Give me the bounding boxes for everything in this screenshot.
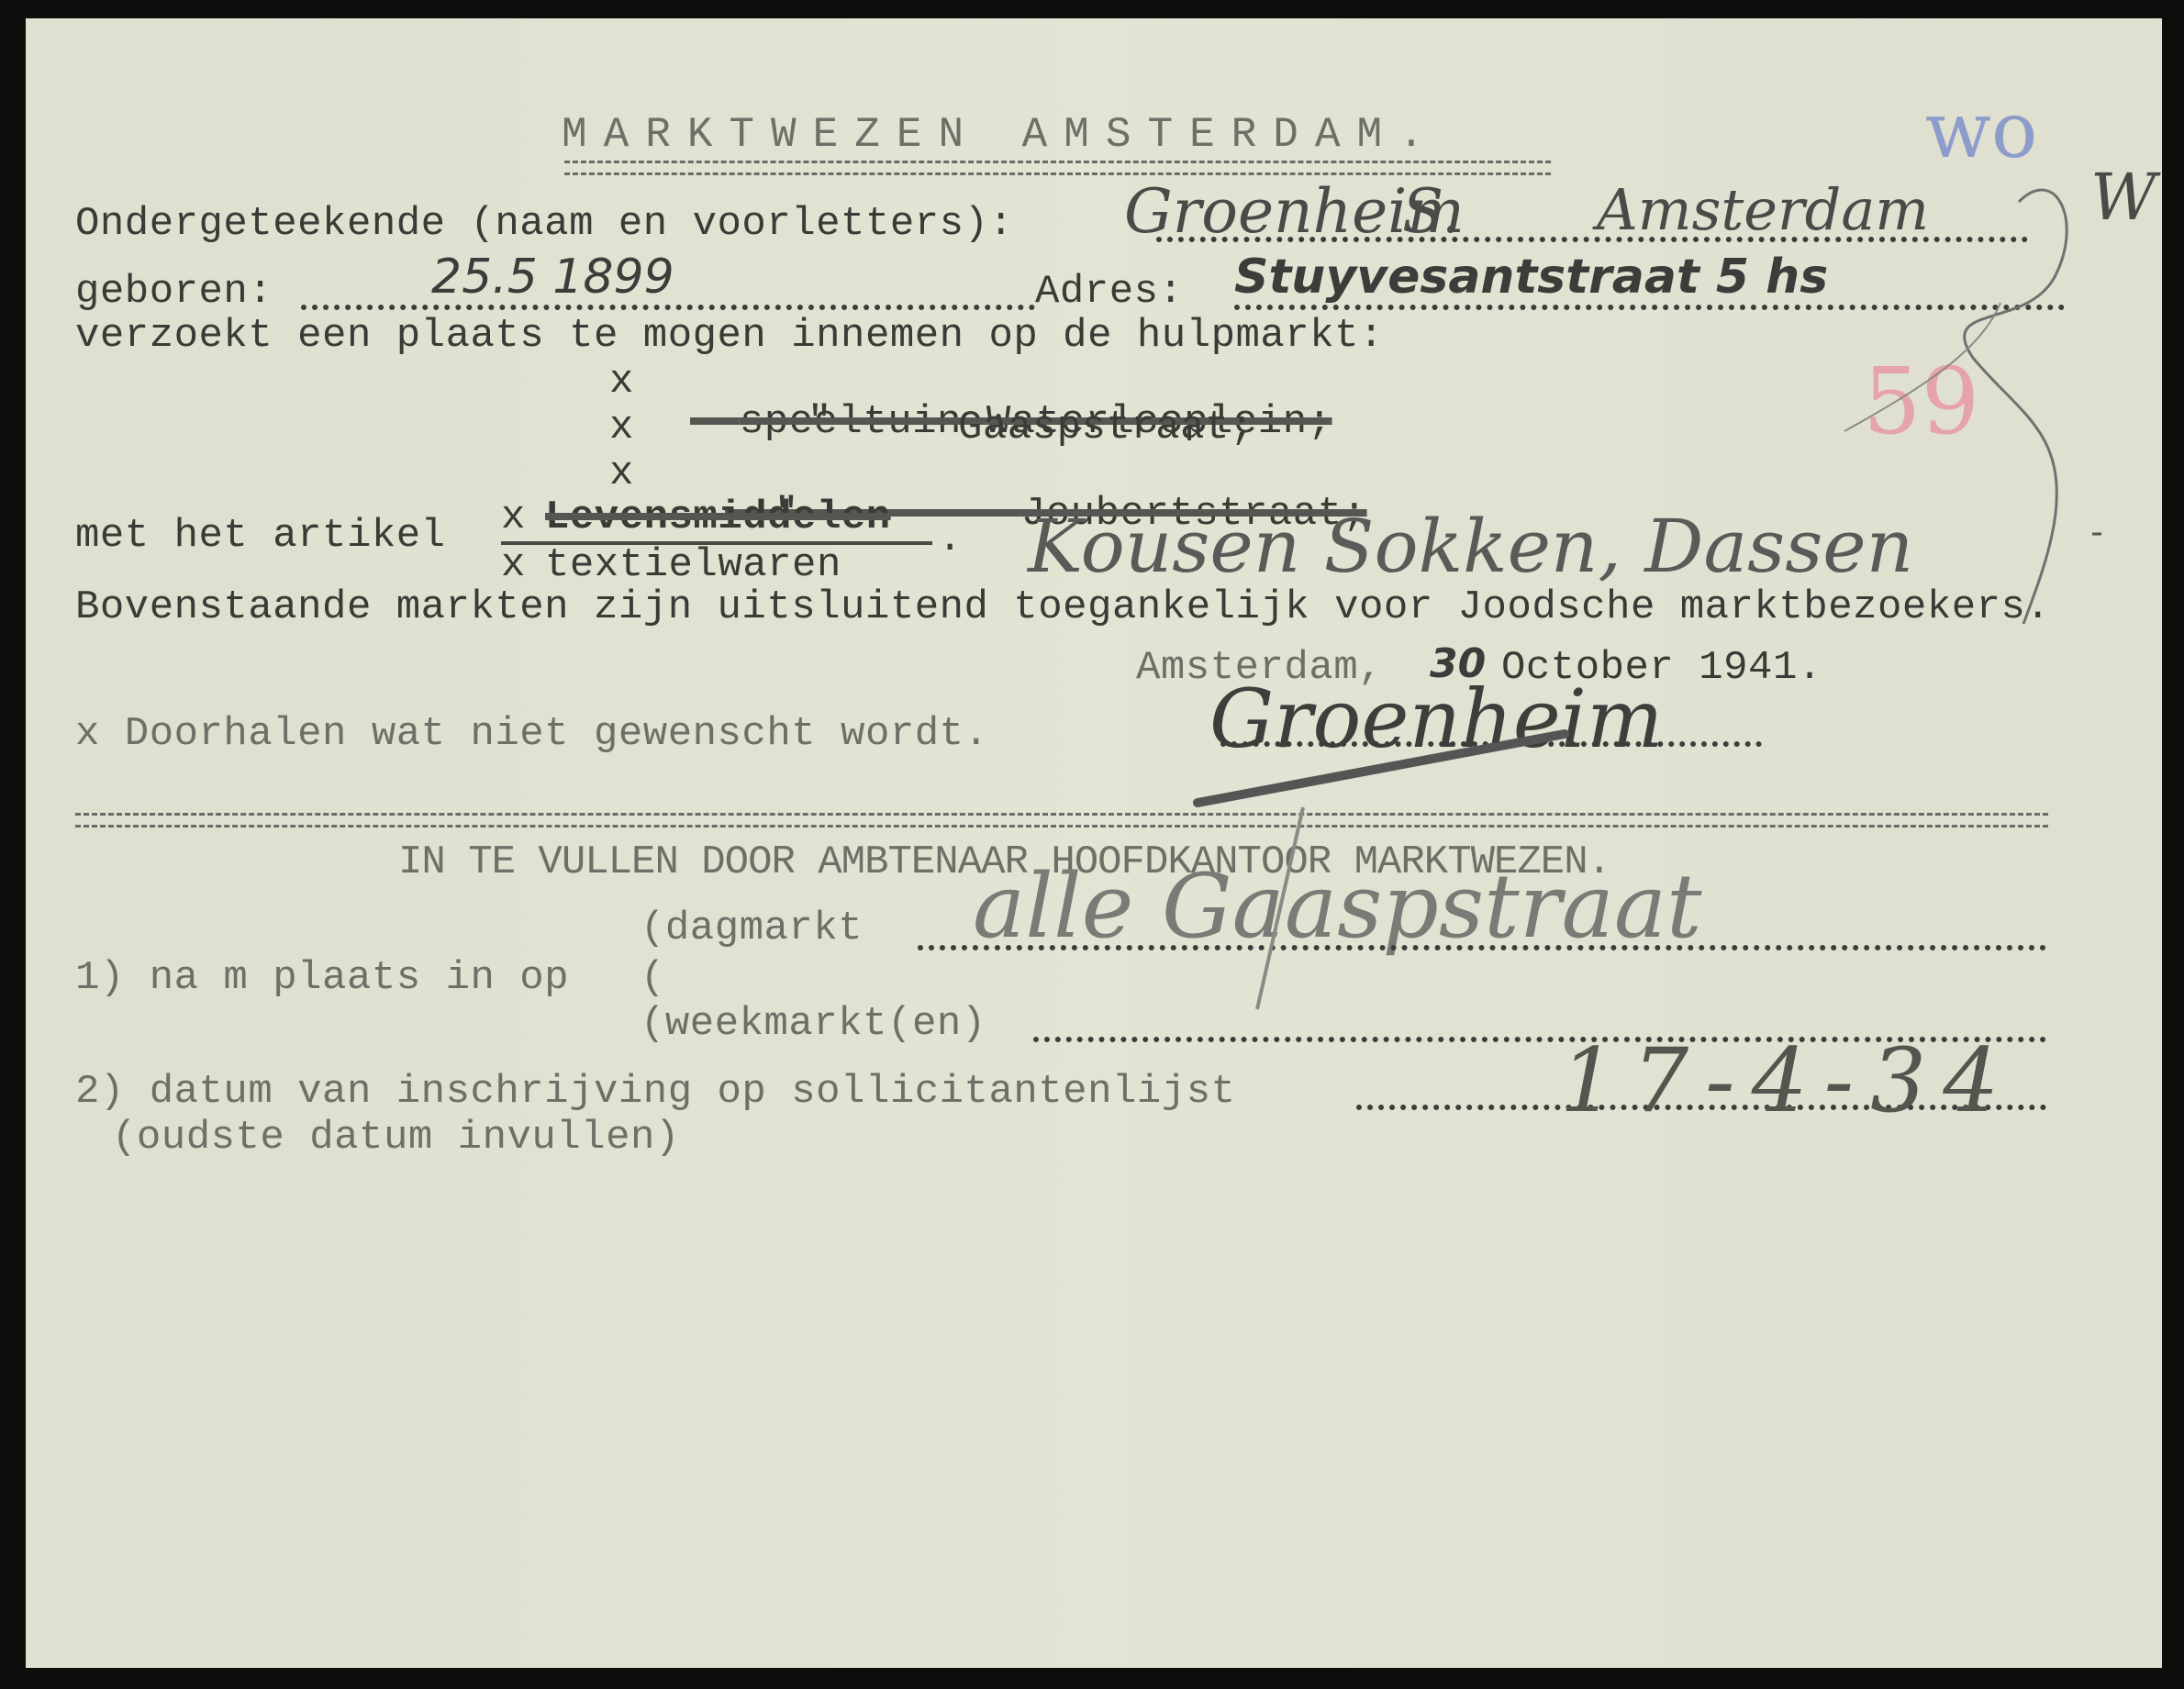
signature-dotted-line (1220, 741, 1762, 747)
applicant-city-suffix: W (2090, 165, 2156, 229)
request-line: verzoekt een plaats te mogen innemen op … (75, 316, 1384, 356)
signature: Groenheim (1209, 679, 1663, 760)
q1-paren: ( (641, 958, 665, 998)
title-double-underline (564, 161, 1551, 175)
q1-option-week: (weekmarkt(en) (641, 1004, 986, 1044)
q1-option-day: (dagmarkt (641, 908, 863, 949)
q1-day-dotted-line (918, 945, 2046, 950)
address-label: Adres: (1035, 272, 1183, 312)
market-mark-1: x (609, 361, 634, 402)
notice-text: Bovenstaande markten zijn uitsluitend to… (75, 587, 2050, 628)
article-label: met het artikel (75, 516, 446, 556)
article-mark-1: x (501, 497, 526, 538)
address-value: Stuyvesantstraat 5 hs (1234, 253, 1828, 301)
market-mark-3: x (609, 453, 634, 494)
article-levensmiddelen: Levensmiddelen (545, 497, 891, 538)
address-dotted-line (1234, 305, 2065, 310)
born-value: 25.5 1899 (431, 253, 674, 301)
section-separator (75, 813, 2048, 828)
market-prefix: speeltuin (740, 399, 962, 445)
margin-blue-mark: wo (1925, 92, 2037, 169)
document-title: MARKTWEZEN AMSTERDAM. (562, 114, 1441, 156)
applicant-dotted-line (1156, 237, 2028, 242)
market-mark-2: x (609, 407, 634, 448)
applicant-city: Amsterdam (1597, 182, 1929, 239)
applicant-label: Ondergeteekende (naam en voorletters): (75, 204, 1013, 244)
q2-note: (oudste datum invullen) (112, 1117, 680, 1158)
q2-label: 2) datum van inschrijving op sollicitant… (75, 1072, 1236, 1112)
q1-prefix: 1) na m plaats in op (75, 958, 569, 998)
market-gaaspstraat: Gaaspstraat; (958, 407, 1254, 448)
article-mark-2: x (501, 545, 526, 585)
article-period: . (938, 519, 963, 560)
applicant-initial: S. (1402, 182, 1461, 242)
born-dotted-line (301, 305, 1035, 310)
article-textielwaren: textielwaren (545, 545, 841, 585)
market-ditto-2: " (808, 402, 832, 442)
strike-note: x Doorhalen wat niet gewenscht wordt. (75, 714, 988, 754)
q1-handwritten: alle Gaaspstraat (973, 862, 1702, 950)
born-label: geboren: (75, 272, 273, 312)
article-handwritten: Kousen Sokken, Dassen (1028, 510, 1913, 583)
margin-red-number: 59 (1863, 356, 1979, 448)
q2-value: 17-4-34 (1560, 1037, 2015, 1125)
